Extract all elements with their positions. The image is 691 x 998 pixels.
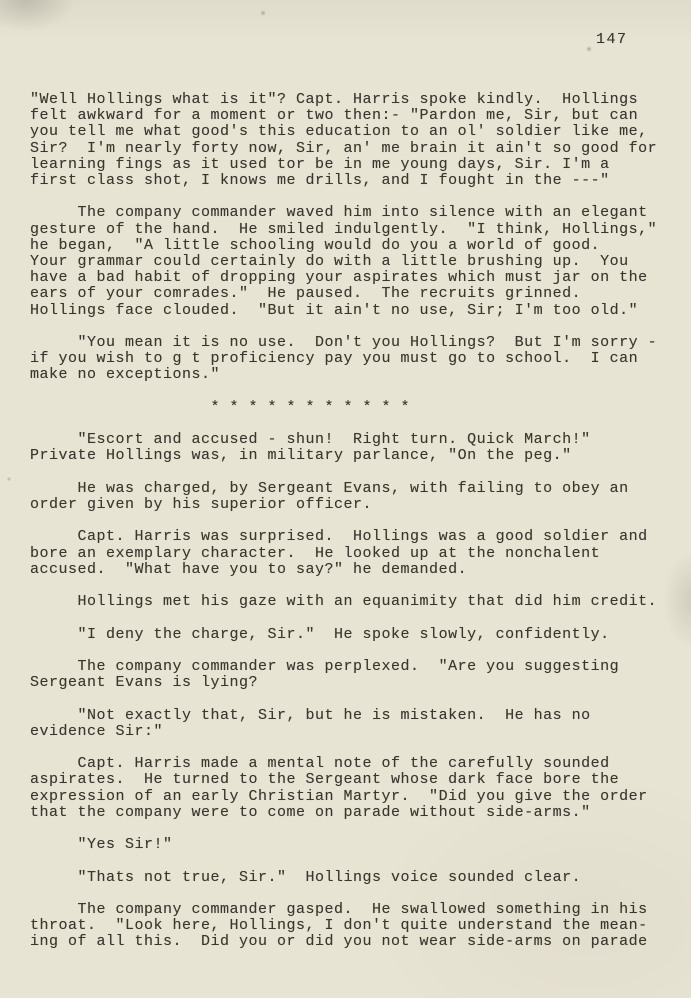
- text-line: expression of an early Christian Martyr.…: [30, 789, 680, 805]
- text-line: * * * * * * * * * * *: [30, 400, 680, 416]
- text-line: if you wish to g t proficiency pay you m…: [30, 351, 680, 367]
- text-line: ears of your comrades." He paused. The r…: [30, 286, 680, 302]
- text-line: accused. "What have you to say?" he dema…: [30, 562, 680, 578]
- paragraph: "Thats not true, Sir." Hollings voice so…: [30, 870, 680, 886]
- page-number: 147: [596, 31, 628, 48]
- text-line: "Not exactly that, Sir, but he is mistak…: [30, 708, 680, 724]
- section-separator: * * * * * * * * * * *: [30, 400, 680, 416]
- paragraph: Capt. Harris was surprised. Hollings was…: [30, 529, 680, 578]
- text-line: "Escort and accused - shun! Right turn. …: [30, 432, 680, 448]
- paragraph: "Well Hollings what is it"? Capt. Harris…: [30, 92, 680, 189]
- paragraph: "Escort and accused - shun! Right turn. …: [30, 432, 680, 464]
- text-line: first class shot, I knows me drills, and…: [30, 173, 680, 189]
- text-line: "You mean it is no use. Don't you Hollin…: [30, 335, 680, 351]
- text-line: he began, "A little schooling would do y…: [30, 238, 680, 254]
- text-line: have a bad habit of dropping your aspira…: [30, 270, 680, 286]
- paragraph: "You mean it is no use. Don't you Hollin…: [30, 335, 680, 384]
- text-line: learning fings as it used tor be in me y…: [30, 157, 680, 173]
- paragraph: Hollings met his gaze with an equanimity…: [30, 594, 680, 610]
- text-line: Capt. Harris was surprised. Hollings was…: [30, 529, 680, 545]
- paragraph: Capt. Harris made a mental note of the c…: [30, 756, 680, 821]
- text-line: The company commander was perplexed. "Ar…: [30, 659, 680, 675]
- text-line: "Thats not true, Sir." Hollings voice so…: [30, 870, 680, 886]
- text-line: throat. "Look here, Hollings, I don't qu…: [30, 918, 680, 934]
- paragraph: The company commander waved him into sil…: [30, 205, 680, 318]
- text-line: Your grammar could certainly do with a l…: [30, 254, 680, 270]
- text-line: Hollings met his gaze with an equanimity…: [30, 594, 680, 610]
- text-line: Sergeant Evans is lying?: [30, 675, 680, 691]
- text-line: Sir? I'm nearly forty now, Sir, an' me b…: [30, 141, 680, 157]
- text-line: Hollings face clouded. "But it ain't no …: [30, 303, 680, 319]
- text-line: "Yes Sir!": [30, 837, 680, 853]
- text-line: "Well Hollings what is it"? Capt. Harris…: [30, 92, 680, 108]
- text-line: evidence Sir:": [30, 724, 680, 740]
- text-line: The company commander gasped. He swallow…: [30, 902, 680, 918]
- text-line: make no exceptions.": [30, 367, 680, 383]
- text-line: that the company were to come on parade …: [30, 805, 680, 821]
- text-line: bore an exemplary character. He looked u…: [30, 546, 680, 562]
- paragraph: The company commander was perplexed. "Ar…: [30, 659, 680, 691]
- text-line: felt awkward for a moment or two then:- …: [30, 108, 680, 124]
- paragraph: "I deny the charge, Sir." He spoke slowl…: [30, 627, 680, 643]
- text-line: "I deny the charge, Sir." He spoke slowl…: [30, 627, 680, 643]
- paragraph: He was charged, by Sergeant Evans, with …: [30, 481, 680, 513]
- text-line: Capt. Harris made a mental note of the c…: [30, 756, 680, 772]
- text-line: He was charged, by Sergeant Evans, with …: [30, 481, 680, 497]
- text-line: order given by his superior officer.: [30, 497, 680, 513]
- text-line: Private Hollings was, in military parlan…: [30, 448, 680, 464]
- page-text: "Well Hollings what is it"? Capt. Harris…: [30, 92, 680, 951]
- text-line: you tell me what good's this education t…: [30, 124, 680, 140]
- paragraph: "Not exactly that, Sir, but he is mistak…: [30, 708, 680, 740]
- text-line: gesture of the hand. He smiled indulgent…: [30, 222, 680, 238]
- paragraph: "Yes Sir!": [30, 837, 680, 853]
- document-page: 147 "Well Hollings what is it"? Capt. Ha…: [0, 0, 691, 998]
- paragraph: The company commander gasped. He swallow…: [30, 902, 680, 951]
- text-line: ing of all this. Did you or did you not …: [30, 934, 680, 950]
- text-line: aspirates. He turned to the Sergeant who…: [30, 772, 680, 788]
- text-line: The company commander waved him into sil…: [30, 205, 680, 221]
